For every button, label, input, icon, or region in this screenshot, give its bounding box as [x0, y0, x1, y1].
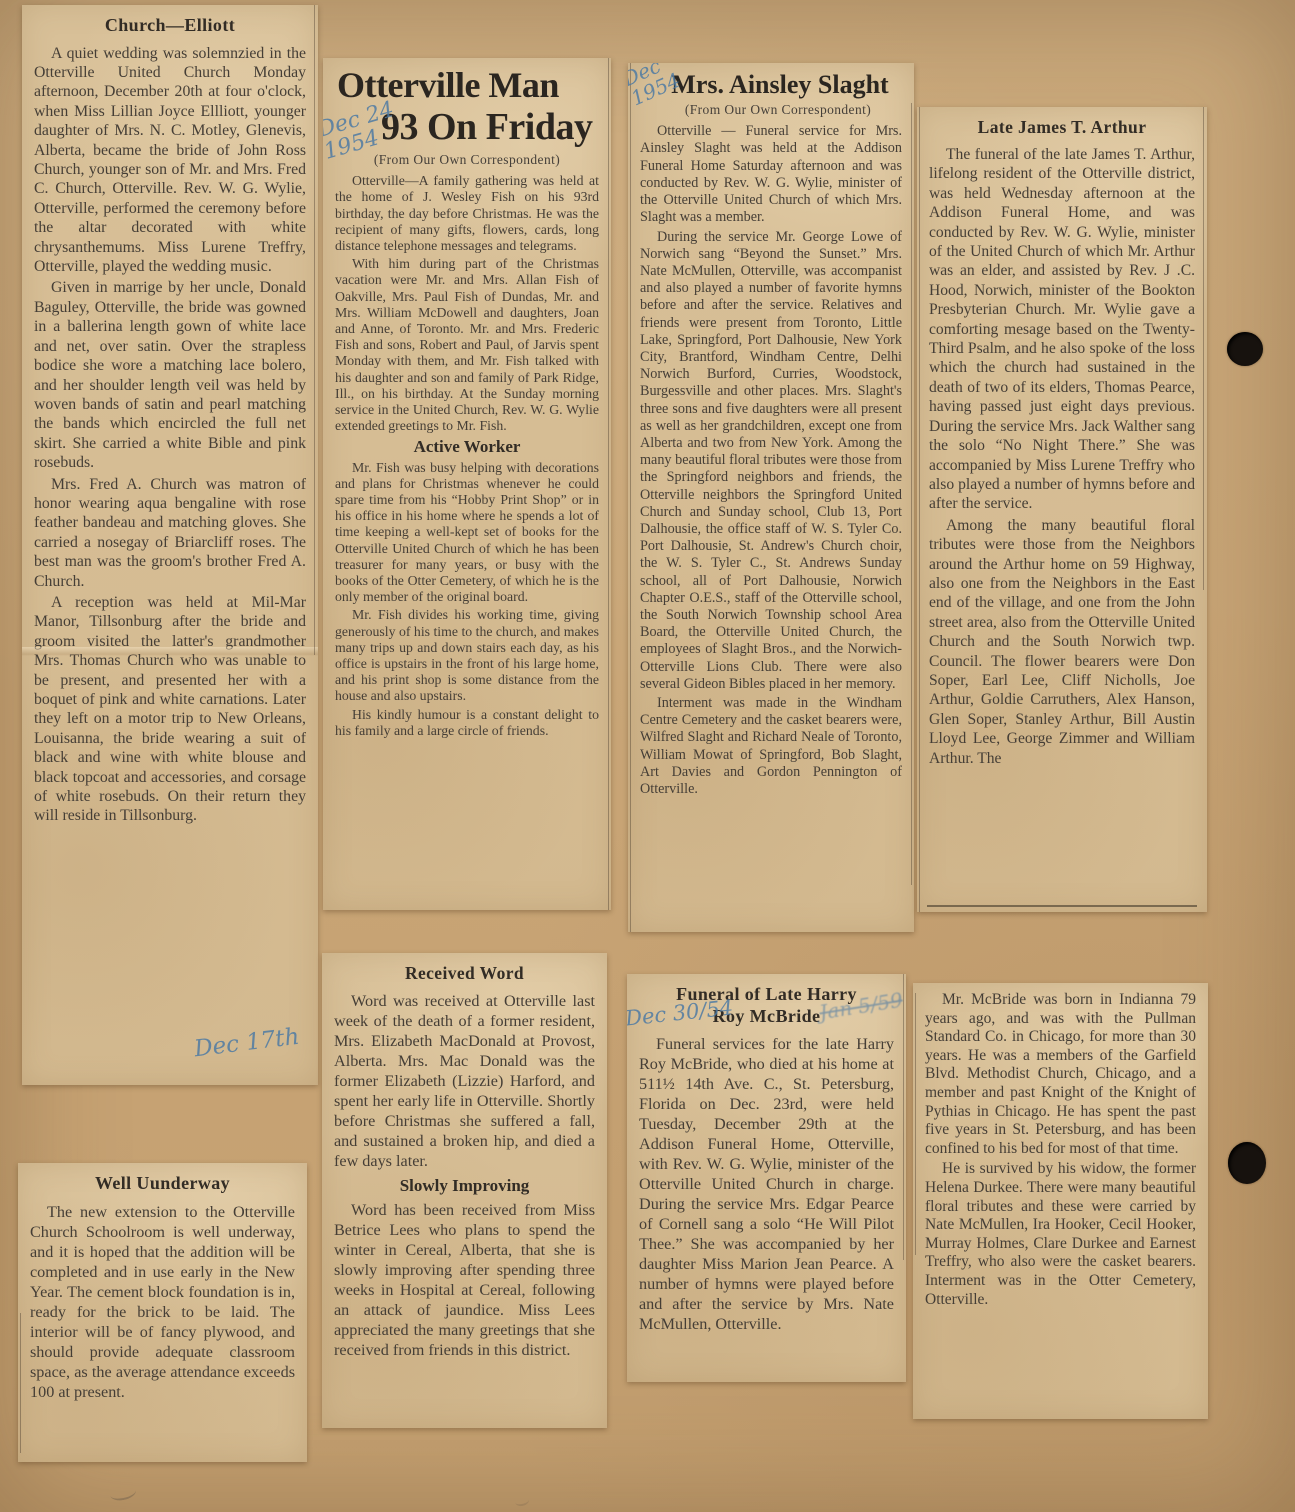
article-paragraph: Given in marrige by her uncle, Donald Ba…: [34, 278, 306, 472]
clipping-james-arthur: Late James T. Arthur The funeral of the …: [917, 107, 1207, 912]
article-paragraph: Mrs. Fred A. Church was matron of honor …: [34, 475, 306, 591]
article-paragraph: Funeral services for the late Harry Roy …: [639, 1034, 894, 1334]
column-rule: [314, 5, 315, 655]
article-paragraph: He is survived by his widow, the former …: [925, 1160, 1196, 1309]
article-body: The new extension to the Otterville Chur…: [30, 1202, 295, 1402]
article-paragraph: Word was received at Otterville last wee…: [334, 991, 595, 1171]
column-rule: [903, 974, 904, 1260]
article-body: Word was received at Otterville last wee…: [334, 991, 595, 1171]
clipping-mcbride-funeral: Funeral of Late Harry Roy McBride Funera…: [627, 974, 906, 1382]
column-rule: [915, 993, 916, 1255]
article-title: Church—Elliott: [34, 15, 306, 37]
headline-line1: Otterville Man: [337, 66, 599, 105]
article-title: Well Uunderway: [30, 1173, 295, 1195]
article-body: Mr. McBride was born in Indianna 79 year…: [925, 991, 1196, 1309]
clipping-well-underway: Well Uunderway The new extension to the …: [18, 1163, 307, 1462]
column-rule: [608, 58, 609, 910]
article-title: Mrs. Ainsley Slaght: [658, 71, 902, 99]
article-title: Received Word: [334, 963, 595, 984]
article-paragraph: Mr. Fish divides his working time, givin…: [335, 607, 599, 704]
article-paragraph: Mr. McBride was born in Indianna 79 year…: [925, 991, 1196, 1158]
article-body: The funeral of the late James T. Arthur,…: [929, 145, 1195, 768]
clipping-mcbride-continuation: Mr. McBride was born in Indianna 79 year…: [913, 983, 1208, 1419]
article-paragraph: His kindly humour is a constant delight …: [335, 707, 599, 739]
article-paragraph: A reception was held at Mil-Mar Manor, T…: [34, 593, 306, 826]
clipping-bottom-rule: [927, 905, 1197, 907]
column-rule: [630, 63, 631, 932]
byline: (From Our Own Correspondent): [654, 101, 902, 118]
article-body: Funeral services for the late Harry Roy …: [639, 1034, 894, 1334]
article-paragraph: Interment was made in the Windham Centre…: [640, 695, 902, 798]
scrapbook-page: { "page": { "background_color": "#c8a577…: [0, 0, 1295, 1512]
article-paragraph: Word has been received from Miss Betrice…: [334, 1200, 595, 1360]
byline: (From Our Own Correspondent): [335, 152, 599, 168]
article-paragraph: The funeral of the late James T. Arthur,…: [929, 145, 1195, 514]
punch-hole: [1227, 332, 1263, 366]
article-body: A quiet wedding was solemnzied in the Ot…: [34, 44, 306, 826]
article-body: Mr. Fish was busy helping with decoratio…: [335, 460, 599, 739]
article-paragraph: Otterville—A family gathering was held a…: [335, 173, 599, 254]
subhead-active-worker: Active Worker: [335, 439, 599, 455]
article-body: Otterville — Funeral service for Mrs. Ai…: [640, 123, 902, 798]
clipping-ainsley-slaght: Mrs. Ainsley Slaght (From Our Own Corres…: [628, 63, 914, 932]
paper-seam: [22, 647, 318, 656]
subhead-slowly-improving: Slowly Improving: [334, 1176, 595, 1196]
article-paragraph: With him during part of the Christmas va…: [335, 256, 599, 434]
column-rule: [911, 103, 912, 885]
punch-hole: [1228, 1142, 1266, 1184]
column-rule: [1203, 107, 1204, 590]
handwritten-date: Dec 17th: [193, 1025, 301, 1062]
article-paragraph: Mr. Fish was busy helping with decoratio…: [335, 460, 599, 606]
article-title: Late James T. Arthur: [929, 117, 1195, 138]
article-body: Word has been received from Miss Betrice…: [334, 1200, 595, 1360]
clipping-church-elliott: Church—Elliott A quiet wedding was solem…: [22, 5, 318, 1085]
clipping-received-word: Received Word Word was received at Otter…: [322, 953, 607, 1428]
clipping-otterville-man: Otterville Man 93 On Friday (From Our Ow…: [323, 58, 611, 910]
article-title-line2: Roy McBride: [639, 1006, 894, 1028]
headline-line2: 93 On Friday: [381, 107, 599, 148]
article-body: Otterville—A family gathering was held a…: [335, 173, 599, 434]
column-rule: [919, 107, 920, 912]
article-title-line1: Funeral of Late Harry: [639, 984, 894, 1006]
column-rule: [20, 1313, 21, 1453]
article-paragraph: Otterville — Funeral service for Mrs. Ai…: [640, 123, 902, 226]
article-paragraph: During the service Mr. George Lowe of No…: [640, 229, 902, 693]
article-paragraph: Among the many beautiful floral tributes…: [929, 516, 1195, 768]
article-paragraph: The new extension to the Otterville Chur…: [30, 1202, 295, 1402]
article-paragraph: A quiet wedding was solemnzied in the Ot…: [34, 44, 306, 277]
